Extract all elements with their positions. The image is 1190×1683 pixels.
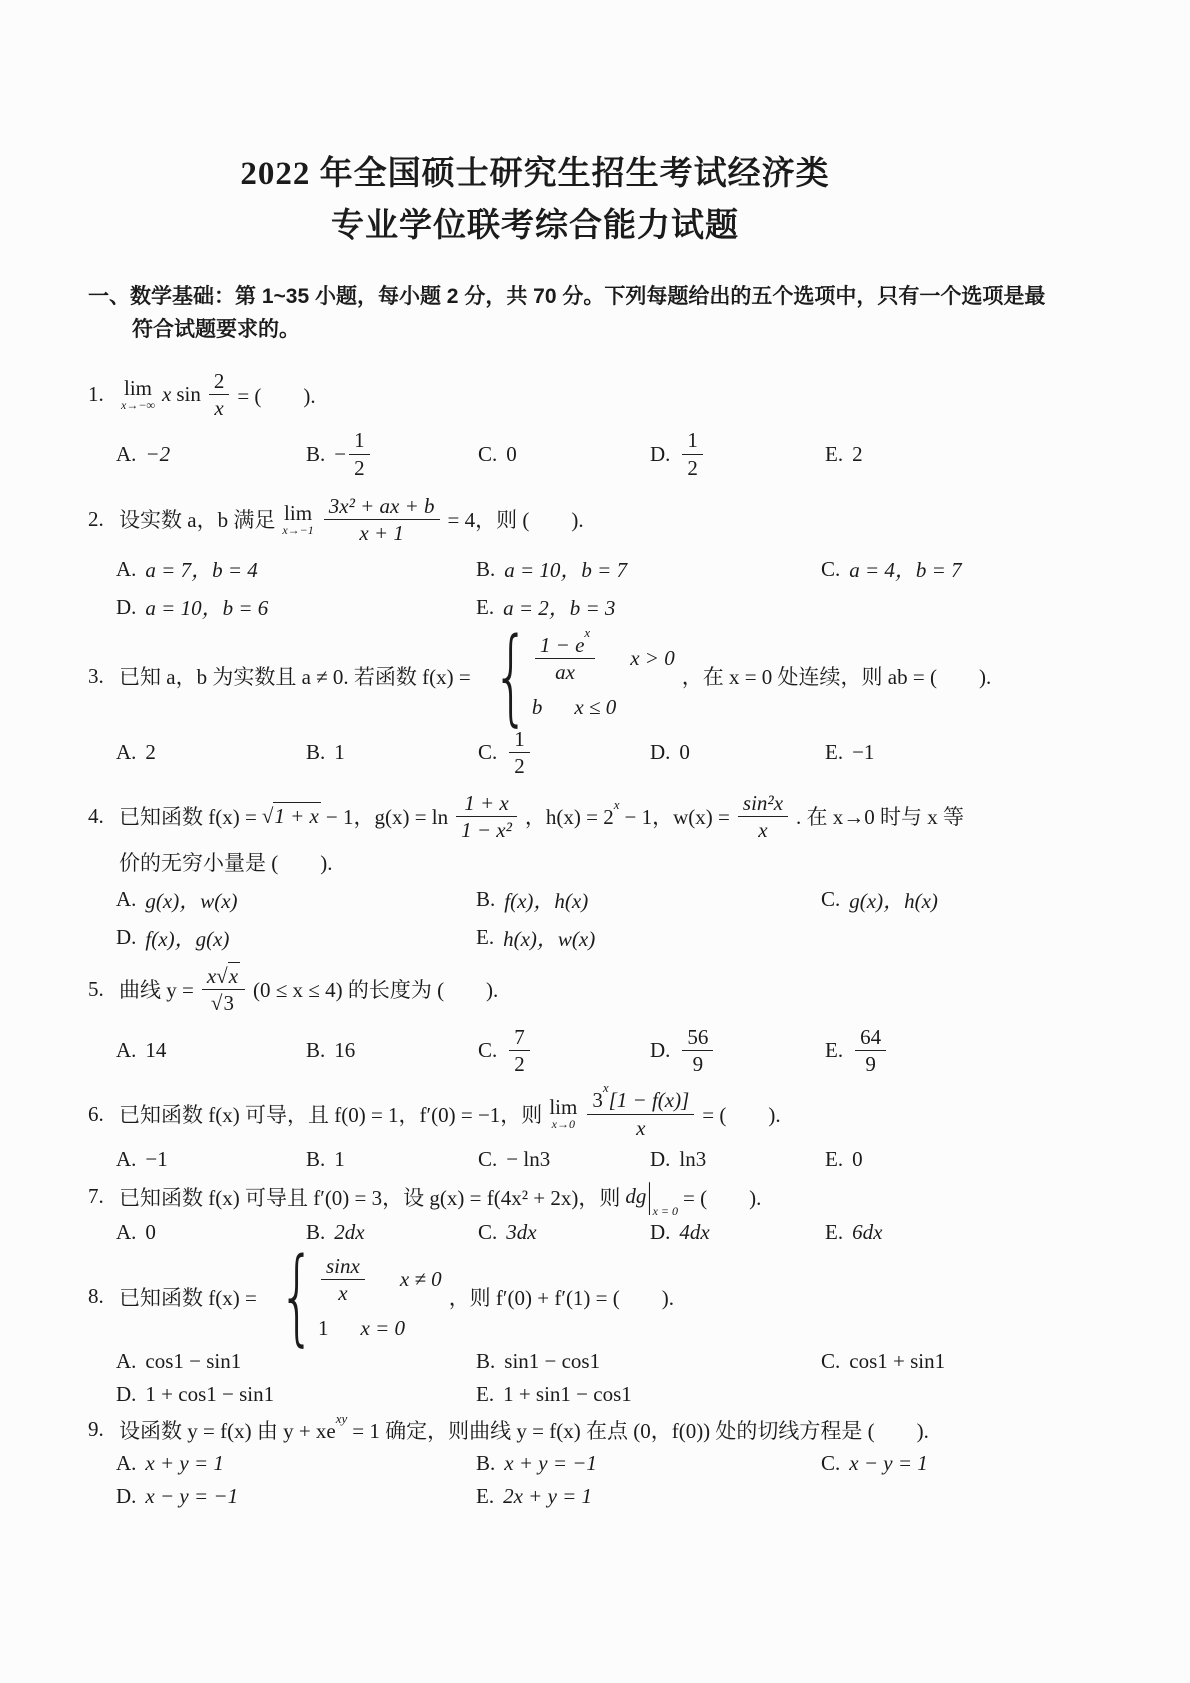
question-7: 7. 已知函数 f(x) 可导且 f′(0) = 3，设 g(x) = f(4x… (88, 1182, 1105, 1212)
exponent: x (614, 797, 620, 812)
option-label: C. (478, 1220, 497, 1245)
question-text: = 1 确定，则曲线 y = f(x) 在点 (0，f(0)) 处的切线方程是 … (352, 1415, 929, 1445)
option-label: E. (825, 740, 843, 765)
option-label: E. (476, 1484, 494, 1509)
option-label: D. (116, 595, 136, 620)
option-label: A. (116, 1349, 136, 1374)
exam-title-line1: 2022 年全国硕士研究生招生考试经济类 (88, 152, 982, 198)
question-4-options-row1: A.g(x)，w(x) B.f(x)，h(x) C.g(x)，h(x) (88, 885, 1105, 915)
math-term: 3 (592, 1088, 603, 1112)
fraction-denominator: 2 (509, 1050, 530, 1077)
option-value: −1 (852, 740, 874, 765)
option-value: cos1 − sin1 (145, 1349, 241, 1374)
option-label: B. (476, 887, 495, 912)
fraction-numerator: 3x[1 − f(x)] (587, 1087, 694, 1113)
question-text: = ( ). (237, 380, 315, 410)
piecewise-condition: x ≠ 0 (400, 1267, 442, 1292)
q6-option-c: C.− ln3 (478, 1147, 650, 1172)
piecewise-row: 1 x = 0 (318, 1316, 442, 1341)
sqrt-expression: √1 + x (262, 804, 321, 829)
option-label: B. (476, 1451, 495, 1476)
fraction-numerator: 1 (349, 427, 370, 453)
fraction: sin²x x (738, 790, 788, 843)
fraction-numerator: 56 (682, 1024, 713, 1050)
question-2: 2. 设实数 a，b 满足 lim x→−1 3x² + ax + b x + … (88, 493, 1105, 546)
q8-option-b: B.sin1 − cos1 (476, 1349, 821, 1374)
question-2-options-row1: A.a = 7，b = 4 B.a = 10，b = 7 C.a = 4，b =… (88, 554, 1105, 584)
fraction-numerator: 64 (855, 1024, 886, 1050)
piecewise-value: 1 (318, 1316, 329, 1341)
page-content: 2022 年全国硕士研究生招生考试经济类 专业学位联考综合能力试题 一、数学基础… (0, 0, 1190, 1509)
question-9-options-row2: D.x − y = −1 E.2x + y = 1 (88, 1484, 1105, 1509)
fraction: 12 (682, 427, 703, 480)
q6-option-a: A.−1 (116, 1147, 306, 1172)
limit-operator: lim x→−1 (282, 502, 313, 537)
lim-subscript: x→0 (549, 1118, 577, 1131)
fraction-denominator: x (209, 394, 230, 421)
q8-option-d: D.1 + cos1 − sin1 (116, 1382, 476, 1407)
q1-option-e: E.2 (825, 442, 863, 467)
question-4: 4. 已知函数 f(x) = √1 + x − 1，g(x) = ln 1 + … (88, 790, 1105, 843)
question-number: 9. (88, 1417, 114, 1442)
option-label: E. (476, 925, 494, 950)
fraction-numerator: 1 − ex (535, 632, 595, 658)
fraction-numerator: 2 (209, 368, 230, 394)
question-text: ，则 f′(0) + f′(1) = ( ). (449, 1282, 674, 1312)
evaluation-subscript: x = 0 (653, 1204, 678, 1218)
option-value: x − y = 1 (849, 1451, 927, 1476)
option-label: E. (825, 1038, 843, 1063)
exponent: x (603, 1080, 609, 1095)
q3-option-e: E.−1 (825, 740, 874, 765)
fraction-denominator: ax (535, 658, 595, 685)
implicit-equation: 设函数 y = f(x) 由 y + xexy (119, 1415, 347, 1445)
option-value: 6dx (852, 1220, 882, 1245)
option-value: a = 7，b = 4 (145, 554, 257, 584)
option-value: f(x)，h(x) (504, 885, 588, 915)
section-heading-line1: 一、数学基础：第 1~35 小题，每小题 2 分，共 70 分。下列每题给出的五… (88, 281, 1105, 314)
option-label: A. (116, 1220, 136, 1245)
q9-option-d: D.x − y = −1 (116, 1484, 476, 1509)
fraction: 2 x (209, 368, 230, 421)
piecewise-value: b (532, 695, 543, 720)
question-9: 9. 设函数 y = f(x) 由 y + xexy = 1 确定，则曲线 y … (88, 1415, 1105, 1445)
option-value: 14 (145, 1038, 166, 1063)
lim-subscript: x→−1 (282, 524, 313, 537)
option-value: a = 4，b = 7 (849, 554, 961, 584)
question-number: 6. (88, 1102, 114, 1127)
fraction-denominator: 1 − x² (456, 816, 517, 843)
question-text: − 1，g(x) = ln (326, 801, 448, 831)
question-text: 已知函数 f(x) = (119, 1282, 257, 1312)
option-label: B. (306, 740, 325, 765)
option-label: B. (476, 1349, 495, 1374)
q6-option-b: B.1 (306, 1147, 478, 1172)
q1-option-c: C.0 (478, 442, 650, 467)
piecewise-rows: sinx x x ≠ 0 1 x = 0 (318, 1253, 442, 1341)
q4-option-e: E.h(x)，w(x) (476, 923, 595, 953)
option-label: D. (650, 1220, 670, 1245)
option-value: sin1 − cos1 (504, 1349, 600, 1374)
fraction-denominator: 2 (682, 454, 703, 481)
q3-option-b: B.1 (306, 740, 478, 765)
option-label: A. (116, 557, 136, 582)
brace: { (279, 1255, 315, 1338)
fraction: 72 (509, 1024, 530, 1077)
question-text: = 4，则 ( ). (448, 504, 584, 534)
fraction-denominator: 9 (682, 1050, 713, 1077)
q7-option-a: A.0 (116, 1220, 306, 1245)
option-value: 0 (852, 1147, 863, 1172)
option-label: B. (306, 1038, 325, 1063)
evaluation-bar: | (647, 1175, 651, 1218)
question-text: = ( ). (683, 1182, 761, 1212)
q2-option-b: B.a = 10，b = 7 (476, 554, 821, 584)
q9-option-e: E.2x + y = 1 (476, 1484, 592, 1509)
option-value: 16 (334, 1038, 355, 1063)
option-label: E. (476, 595, 494, 620)
math-term: x (207, 964, 216, 988)
option-label: D. (116, 925, 136, 950)
q4-option-d: D.f(x)，g(x) (116, 923, 476, 953)
option-label: D. (650, 740, 670, 765)
brace: { (493, 635, 529, 718)
question-number: 4. (88, 804, 114, 829)
q1-option-d: D.12 (650, 427, 825, 480)
option-label: D. (650, 1147, 670, 1172)
question-number: 2. (88, 507, 114, 532)
fraction-numerator: 3x² + ax + b (324, 493, 440, 519)
option-label: D. (650, 442, 670, 467)
q9-option-b: B.x + y = −1 (476, 1451, 821, 1476)
question-text: 设函数 y = f(x) 由 y + xe (119, 1419, 336, 1443)
option-value: −1 (145, 1147, 167, 1172)
question-2-options-row2: D.a = 10，b = 6 E.a = 2，b = 3 (88, 592, 1105, 622)
option-label: A. (116, 1451, 136, 1476)
option-value: ln3 (679, 1147, 706, 1172)
q7-option-b: B.2dx (306, 1220, 478, 1245)
piecewise-rows: 1 − ex ax x > 0 b x ≤ 0 (532, 632, 675, 720)
option-sign: − (334, 442, 346, 467)
question-number: 3. (88, 664, 114, 689)
question-text: 已知函数 f(x) 可导，且 f(0) = 1，f′(0) = −1，则 (119, 1099, 542, 1129)
q4-option-a: A.g(x)，w(x) (116, 885, 476, 915)
q7-option-e: E.6dx (825, 1220, 882, 1245)
option-label: C. (478, 1038, 497, 1063)
q8-option-c: C.cos1 + sin1 (821, 1349, 945, 1374)
q4-option-c: C.g(x)，h(x) (821, 885, 938, 915)
q5-option-e: E.649 (825, 1024, 889, 1077)
exponent: x (584, 625, 590, 640)
sqrt-body: 1 + x (273, 802, 321, 828)
fraction-numerator: sinx (321, 1253, 365, 1279)
question-3-options: A.2 B.1 C.12 D.0 E.−1 (88, 726, 1105, 779)
question-8-options-row2: D.1 + cos1 − sin1 E.1 + sin1 − cos1 (88, 1382, 1105, 1407)
option-value: cos1 + sin1 (849, 1349, 945, 1374)
question-number: 7. (88, 1184, 114, 1209)
piecewise-row: sinx x x ≠ 0 (318, 1253, 442, 1306)
radical-icon: √ (262, 804, 274, 828)
option-label: A. (116, 442, 136, 467)
limit-operator: lim x→0 (549, 1096, 577, 1131)
option-label: E. (825, 442, 843, 467)
option-label: C. (821, 1349, 840, 1374)
option-label: C. (478, 740, 497, 765)
q2-option-a: A.a = 7，b = 4 (116, 554, 476, 584)
radical-icon: √ (216, 964, 228, 988)
option-value: 1 (334, 1147, 345, 1172)
q5-option-c: C.72 (478, 1024, 650, 1077)
question-text: ，h(x) = 2 (525, 805, 614, 829)
q1-option-a: A.−2 (116, 442, 306, 467)
option-value: 0 (679, 740, 690, 765)
option-label: A. (116, 1147, 136, 1172)
q4-option-b: B.f(x)，h(x) (476, 885, 821, 915)
piecewise-condition: x > 0 (630, 646, 675, 671)
question-number: 1. (88, 382, 114, 407)
option-label: E. (476, 1382, 494, 1407)
q2-option-c: C.a = 4，b = 7 (821, 554, 962, 584)
q7-option-d: D.4dx (650, 1220, 825, 1245)
fraction: 1 − ex ax (535, 632, 595, 685)
question-8: 8. 已知函数 f(x) = { sinx x x ≠ 0 1 x = 0 (88, 1253, 1105, 1341)
fraction-denominator: x + 1 (324, 519, 440, 546)
exam-page: 2022 年全国硕士研究生招生考试经济类 专业学位联考综合能力试题 一、数学基础… (0, 0, 1190, 1683)
math-term: x (162, 382, 171, 407)
q3-option-d: D.0 (650, 740, 825, 765)
fraction-numerator: 7 (509, 1024, 530, 1050)
q3-option-a: A.2 (116, 740, 306, 765)
option-value: g(x)，h(x) (849, 885, 938, 915)
question-text: 已知函数 f(x) = (119, 801, 257, 831)
option-value: 2x + y = 1 (503, 1484, 592, 1509)
limit-operator: lim x→−∞ (121, 377, 155, 412)
q8-option-e: E.1 + sin1 − cos1 (476, 1382, 632, 1407)
math-term: dg (625, 1184, 646, 1208)
section-heading-line2: 符合试题要求的。 (88, 314, 1105, 347)
question-5-options: A.14 B.16 C.72 D.569 E.649 (88, 1024, 1105, 1077)
section-heading: 一、数学基础：第 1~35 小题，每小题 2 分，共 70 分。下列每题给出的五… (88, 281, 1105, 346)
question-text: . 在 x→0 时与 x 等 (796, 801, 964, 831)
option-label: C. (478, 442, 497, 467)
piecewise-row: b x ≤ 0 (532, 695, 675, 720)
q5-option-d: D.569 (650, 1024, 825, 1077)
option-label: C. (821, 1451, 840, 1476)
fraction-denominator: x (587, 1114, 694, 1141)
option-value: g(x)，w(x) (145, 885, 237, 915)
option-value: a = 10，b = 7 (504, 554, 627, 584)
question-4-options-row2: D.f(x)，g(x) E.h(x)，w(x) (88, 923, 1105, 953)
fraction-denominator: 2 (509, 752, 530, 779)
option-value: 1 (334, 740, 345, 765)
q5-option-a: A.14 (116, 1038, 306, 1063)
fraction-numerator: x√x (202, 963, 245, 989)
question-text: 已知 a，b 为实数且 a ≠ 0. 若函数 f(x) = (119, 661, 471, 691)
question-text: = ( ). (702, 1099, 780, 1129)
option-value: a = 10，b = 6 (145, 592, 268, 622)
option-label: C. (478, 1147, 497, 1172)
option-value: 2dx (334, 1220, 364, 1245)
q1-option-b: B.−12 (306, 427, 478, 480)
question-4-continuation: 价的无穷小量是 ( ). (88, 847, 1105, 877)
option-value: f(x)，g(x) (145, 923, 229, 953)
question-text: 曲线 y = (119, 974, 194, 1004)
q6-option-d: D.ln3 (650, 1147, 825, 1172)
q7-option-c: C.3dx (478, 1220, 650, 1245)
option-value: − ln3 (506, 1147, 550, 1172)
option-value: 2 (852, 442, 863, 467)
math-term: 1 − e (540, 633, 585, 657)
fraction-denominator: √3 (202, 989, 245, 1016)
question-6-options: A.−1 B.1 C.− ln3 D.ln3 E.0 (88, 1147, 1105, 1172)
q2-option-d: D.a = 10，b = 6 (116, 592, 476, 622)
fraction-numerator: 1 + x (456, 790, 517, 816)
exponent: xy (336, 1411, 348, 1426)
sqrt-body: x (228, 962, 240, 988)
q5-option-b: B.16 (306, 1038, 478, 1063)
question-1-options: A.−2 B.−12 C.0 D.12 E.2 (88, 427, 1105, 480)
option-value: x + y = 1 (145, 1451, 223, 1476)
option-label: D. (116, 1484, 136, 1509)
sqrt-body: 3 (222, 989, 236, 1015)
option-label: A. (116, 740, 136, 765)
option-value: 3dx (506, 1220, 536, 1245)
differential-expression: dg|x = 0 (625, 1184, 678, 1209)
lim-subscript: x→−∞ (121, 399, 155, 412)
fraction-numerator: 1 (682, 427, 703, 453)
question-number: 8. (88, 1284, 114, 1309)
option-value: 4dx (679, 1220, 709, 1245)
option-value: 0 (506, 442, 517, 467)
option-label: D. (650, 1038, 670, 1063)
question-3: 3. 已知 a，b 为实数且 a ≠ 0. 若函数 f(x) = { 1 − e… (88, 632, 1105, 720)
question-9-options-row1: A.x + y = 1 B.x + y = −1 C.x − y = 1 (88, 1451, 1105, 1476)
option-value: x + y = −1 (504, 1451, 597, 1476)
fraction-denominator: x (738, 816, 788, 843)
fraction: 649 (855, 1024, 886, 1077)
q9-option-a: A.x + y = 1 (116, 1451, 476, 1476)
q6-option-e: E.0 (825, 1147, 863, 1172)
option-label: E. (825, 1147, 843, 1172)
exam-title: 2022 年全国硕士研究生招生考试经济类 专业学位联考综合能力试题 (88, 152, 982, 249)
option-label: B. (476, 557, 495, 582)
lim-word: lim (282, 502, 313, 524)
fraction: 1 + x 1 − x² (456, 790, 517, 843)
radical-icon: √ (211, 991, 223, 1015)
piecewise-row: 1 − ex ax x > 0 (532, 632, 675, 685)
option-value: 1 + cos1 − sin1 (145, 1382, 274, 1407)
fraction: 3x[1 − f(x)] x (587, 1087, 694, 1140)
question-number: 5. (88, 977, 114, 1002)
option-value: h(x)，w(x) (503, 923, 595, 953)
math-term: sin (176, 382, 201, 407)
option-label: E. (825, 1220, 843, 1245)
fraction: 12 (349, 427, 370, 480)
option-label: C. (821, 557, 840, 582)
fraction-denominator: 9 (855, 1050, 886, 1077)
option-label: A. (116, 1038, 136, 1063)
question-8-options-row1: A.cos1 − sin1 B.sin1 − cos1 C.cos1 + sin… (88, 1349, 1105, 1374)
question-text: ，在 x = 0 处连续，则 ab = ( ). (682, 661, 992, 691)
option-value: 2 (145, 740, 156, 765)
question-text: − 1，w(x) = (625, 801, 730, 831)
fraction-denominator: 2 (349, 454, 370, 481)
piecewise-condition: x ≤ 0 (574, 695, 616, 720)
option-label: D. (116, 1382, 136, 1407)
option-label: A. (116, 887, 136, 912)
math-term: [1 − f(x)] (609, 1088, 690, 1112)
piecewise-function: { 1 − ex ax x > 0 b x ≤ 0 (478, 632, 675, 720)
question-text: 设实数 a，b 满足 (119, 504, 275, 534)
option-label: B. (306, 442, 325, 467)
lim-word: lim (549, 1096, 577, 1118)
fraction: x√x √3 (202, 963, 245, 1016)
fraction-numerator: sin²x (738, 790, 788, 816)
lim-word: lim (121, 377, 155, 399)
option-value: x − y = −1 (145, 1484, 238, 1509)
option-label: B. (306, 1147, 325, 1172)
power-expression: ，h(x) = 2x (525, 801, 620, 831)
option-value: 0 (145, 1220, 156, 1245)
question-5: 5. 曲线 y = x√x √3 (0 ≤ x ≤ 4) 的长度为 ( ). (88, 963, 1105, 1016)
exam-title-line2: 专业学位联考综合能力试题 (88, 204, 982, 250)
question-1: 1. lim x→−∞ x sin 2 x = ( ). (88, 368, 1105, 421)
piecewise-condition: x = 0 (361, 1316, 406, 1341)
question-7-options: A.0 B.2dx C.3dx D.4dx E.6dx (88, 1220, 1105, 1245)
fraction: sinx x (321, 1253, 365, 1306)
fraction-denominator: x (321, 1279, 365, 1306)
question-text: (0 ≤ x ≤ 4) 的长度为 ( ). (253, 974, 498, 1004)
q9-option-c: C.x − y = 1 (821, 1451, 928, 1476)
fraction: 3x² + ax + b x + 1 (324, 493, 440, 546)
question-text: 已知函数 f(x) 可导且 f′(0) = 3，设 g(x) = f(4x² +… (119, 1182, 620, 1212)
piecewise-function: { sinx x x ≠ 0 1 x = 0 (264, 1253, 442, 1341)
option-value: −2 (145, 442, 170, 467)
question-6: 6. 已知函数 f(x) 可导，且 f(0) = 1，f′(0) = −1，则 … (88, 1087, 1105, 1140)
option-label: C. (821, 887, 840, 912)
option-value: 1 + sin1 − cos1 (503, 1382, 632, 1407)
fraction: 569 (682, 1024, 713, 1077)
